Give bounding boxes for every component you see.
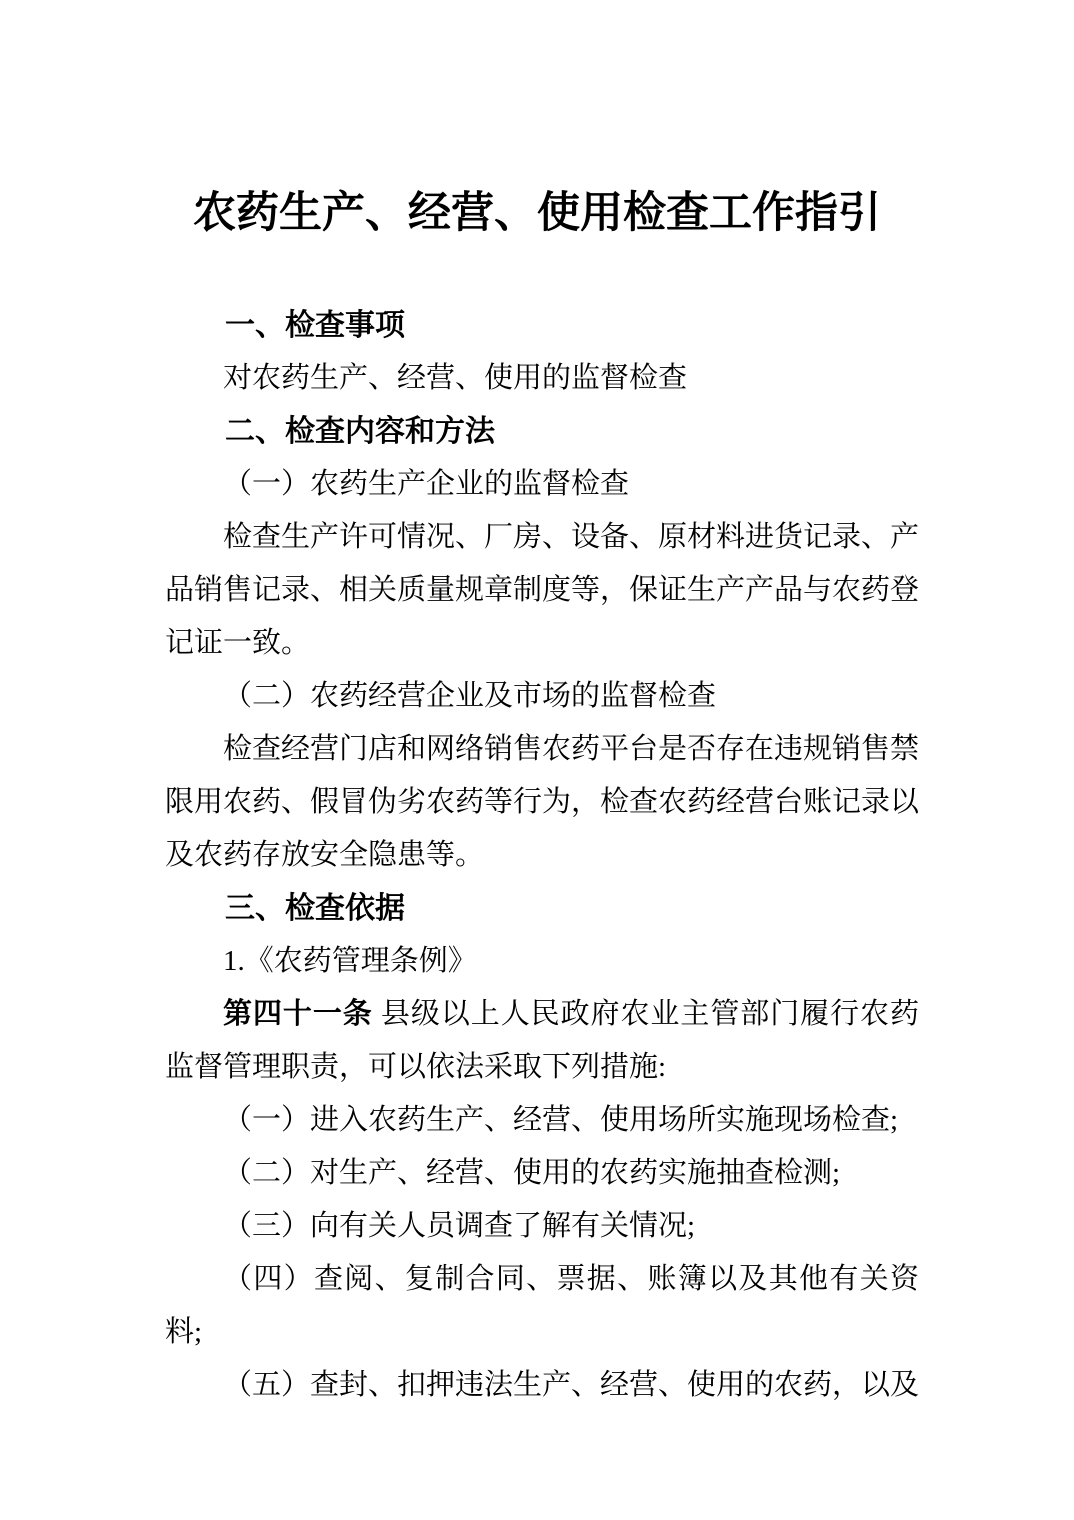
paragraph-regulation-reference: 1.《农药管理条例》 (165, 935, 919, 988)
section-heading-3: 三、检查依据 (165, 882, 919, 935)
paragraph-production-inspection: 检查生产许可情况、厂房、设备、原材料进货记录、产品销售记录、相关质量规章制度等，… (165, 511, 919, 670)
paragraph-operation-inspection: 检查经营门店和网络销售农药平台是否存在违规销售禁限用农药、假冒伪劣农药等行为，检… (165, 723, 919, 882)
list-item-measure-5: （五）查封、扣押违法生产、经营、使用的农药，以及 (165, 1359, 919, 1412)
article-41-number: 第四十一条 (223, 998, 373, 1030)
document-title: 农药生产、经营、使用检查工作指引 (0, 0, 1074, 240)
document-body: 一、检查事项 对农药生产、经营、使用的监督检查 二、检查内容和方法 （一）农药生… (0, 299, 1074, 1412)
subsection-heading-2-1: （一）农药生产企业的监督检查 (165, 458, 919, 511)
section-heading-1: 一、检查事项 (165, 299, 919, 352)
paragraph-inspection-matter: 对农药生产、经营、使用的监督检查 (165, 352, 919, 405)
document-page: 农药生产、经营、使用检查工作指引 一、检查事项 对农药生产、经营、使用的监督检查… (0, 0, 1074, 1520)
list-item-measure-3: （三）向有关人员调查了解有关情况; (165, 1200, 919, 1253)
list-item-measure-2: （二）对生产、经营、使用的农药实施抽查检测; (165, 1147, 919, 1200)
list-item-measure-4: （四）查阅、复制合同、票据、账簿以及其他有关资料; (165, 1253, 919, 1359)
section-heading-2: 二、检查内容和方法 (165, 405, 919, 458)
list-item-measure-1: （一）进入农药生产、经营、使用场所实施现场检查; (165, 1094, 919, 1147)
subsection-heading-2-2: （二）农药经营企业及市场的监督检查 (165, 670, 919, 723)
paragraph-article-41: 第四十一条 县级以上人民政府农业主管部门履行农药监督管理职责，可以依法采取下列措… (165, 988, 919, 1094)
